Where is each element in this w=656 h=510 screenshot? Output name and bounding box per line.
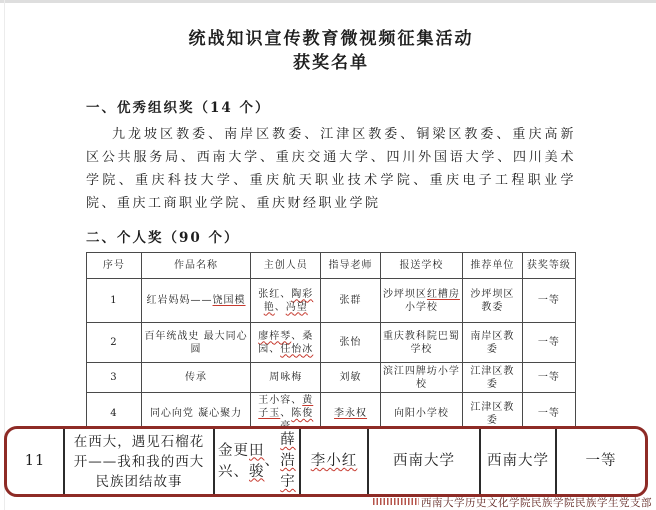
col-header-recommender: 推荐单位 (463, 253, 523, 279)
footer-watermark: 西南大学历史文化学院民族学院民族学生党支部 (373, 495, 652, 510)
document-title: 统战知识宣传教育微视频征集活动 获奖名单 (86, 27, 576, 75)
col-header-creators: 主创人员 (251, 253, 321, 279)
section-heading-individual-awards: 二、个人奖（90 个） (86, 226, 576, 246)
cell-recommender: 江津区教委 (463, 363, 523, 393)
highlight-cell-index: 11 (7, 429, 63, 494)
highlight-cell-work-title: 在西大，遇见石榴花开——我和我的西大民族团结故事 (63, 429, 213, 494)
cell-award-grade: 一等 (522, 323, 575, 363)
cell-award-grade: 一等 (522, 363, 575, 393)
cell-work-title: 百年统战史 最大同心圆 (141, 323, 251, 363)
col-header-advisor: 指导老师 (321, 253, 381, 279)
cell-work-title: 传承 (141, 363, 251, 393)
cell-index: 2 (87, 323, 142, 363)
highlighted-award-row: 11 在西大，遇见石榴花开——我和我的西大民族团结故事 金更兴、田骏、薛浩宇 李… (4, 426, 648, 497)
table-row: 1 红岩妈妈——饶国模 张红、陶彩艳、冯望 张群 沙坪坝区红槽房小学校 沙坪坝区… (87, 279, 576, 323)
cell-advisor: 刘敏 (321, 363, 381, 393)
cell-award-grade: 一等 (522, 279, 575, 323)
award-document-page: { "page": { "title_line1": "统战知识宣传教育微视频征… (0, 0, 656, 510)
cell-recommender: 沙坪坝区教委 (463, 279, 523, 323)
col-header-school: 报送学校 (380, 253, 462, 279)
document-content: 统战知识宣传教育微视频征集活动 获奖名单 一、优秀组织奖（14 个） 九龙坡区教… (86, 27, 576, 445)
cell-advisor: 张群 (321, 279, 381, 323)
cell-work-title: 红岩妈妈——饶国模 (141, 279, 251, 323)
cell-index: 1 (87, 279, 142, 323)
highlight-cell-recommender: 西南大学 (479, 429, 555, 494)
cell-creators: 张红、陶彩艳、冯望 (251, 279, 321, 323)
footer-caption-text: 西南大学历史文化学院民族学院民族学生党支部 (421, 497, 652, 509)
cell-creators: 廖梓琴、桑园、任怡冰 (251, 323, 321, 363)
organization-award-list: 九龙坡区教委、南岸区教委、江津区教委、铜梁区教委、重庆高新区公共服务局、西南大学… (86, 123, 576, 215)
cell-recommender: 南岸区教委 (463, 323, 523, 363)
highlight-cell-award-grade: 一等 (555, 429, 645, 494)
window-top-edge (0, 0, 656, 3)
col-header-award-grade: 获奖等级 (522, 253, 575, 279)
highlight-cell-advisor: 李小红 (299, 429, 367, 494)
cell-index: 3 (87, 363, 142, 393)
table-row: 3 传承 周咏梅 刘敏 滨江四牌坊小学校 江津区教委 一等 (87, 363, 576, 393)
col-header-index: 序号 (87, 253, 142, 279)
section-heading-organization-awards: 一、优秀组织奖（14 个） (86, 96, 576, 116)
document-title-line2: 获奖名单 (86, 51, 576, 75)
cell-school: 沙坪坝区红槽房小学校 (380, 279, 462, 323)
table-header-row: 序号 作品名称 主创人员 指导老师 报送学校 推荐单位 获奖等级 (87, 253, 576, 279)
cell-school: 滨江四牌坊小学校 (380, 363, 462, 393)
cell-school: 重庆教科院巴蜀学校 (380, 323, 462, 363)
illegible-micro-text (373, 498, 419, 505)
cell-creators: 周咏梅 (251, 363, 321, 393)
cell-advisor: 张怡 (321, 323, 381, 363)
individual-awards-table: 序号 作品名称 主创人员 指导老师 报送学校 推荐单位 获奖等级 1 红岩妈妈—… (86, 252, 576, 445)
table-row: 2 百年统战史 最大同心圆 廖梓琴、桑园、任怡冰 张怡 重庆教科院巴蜀学校 南岸… (87, 323, 576, 363)
highlight-cell-school: 西南大学 (367, 429, 479, 494)
document-title-line1: 统战知识宣传教育微视频征集活动 (86, 27, 576, 51)
col-header-work-title: 作品名称 (141, 253, 251, 279)
highlight-cell-creators: 金更兴、田骏、薛浩宇 (213, 429, 299, 494)
